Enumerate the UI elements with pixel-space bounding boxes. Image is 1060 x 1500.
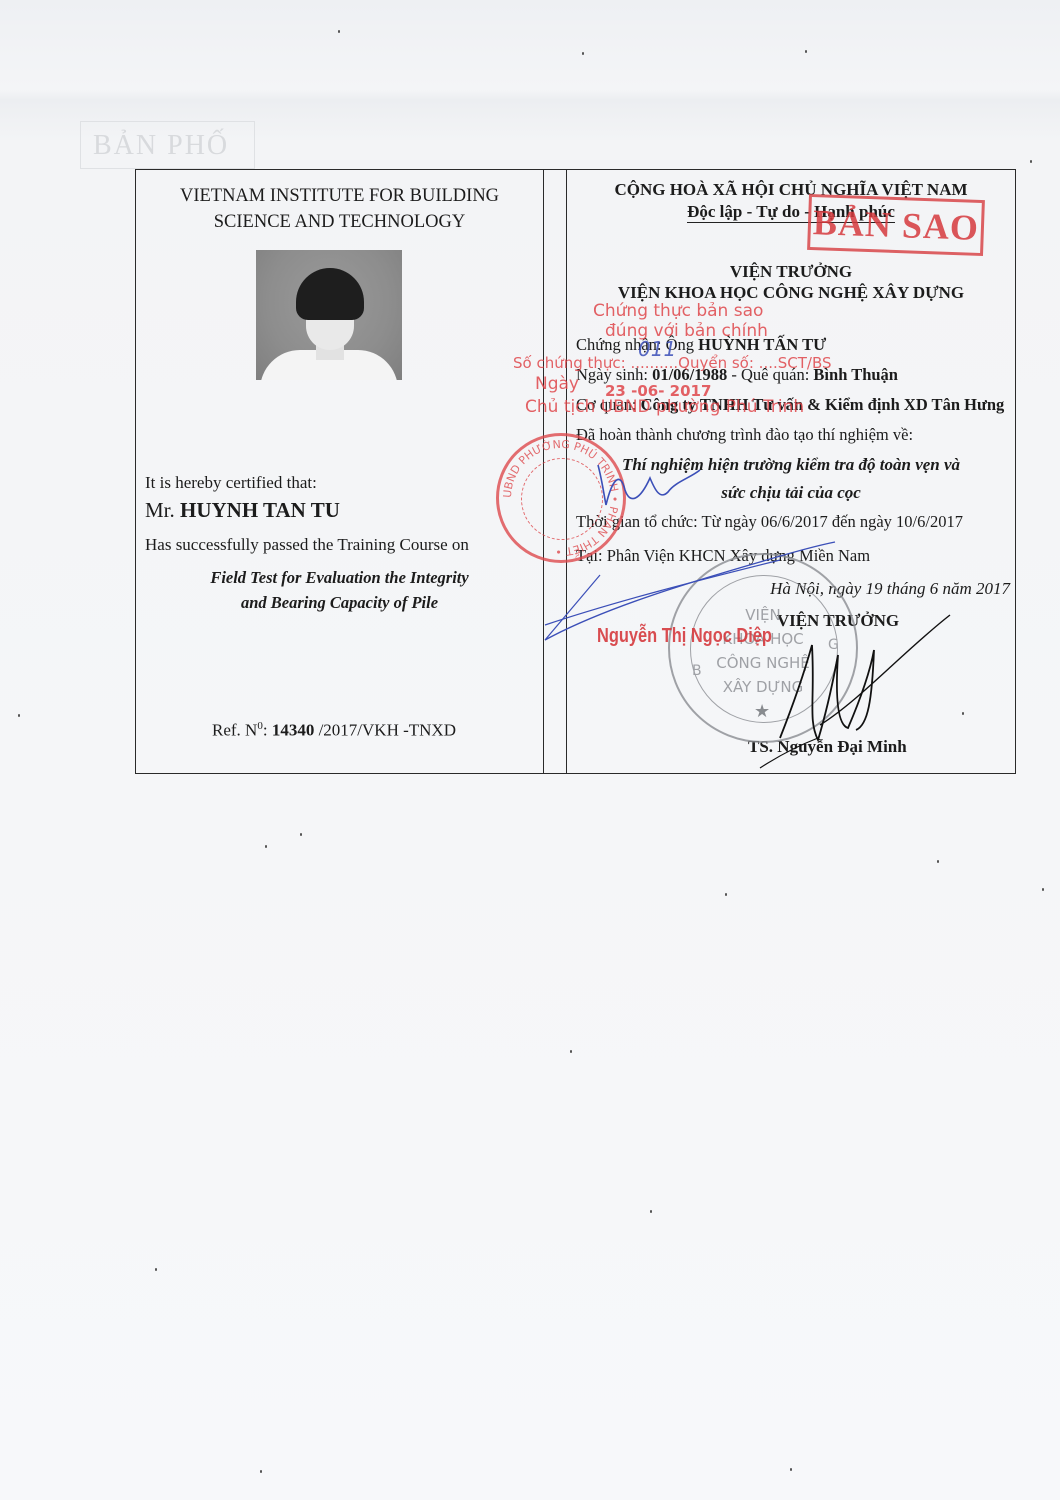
certifier-name-stamp: Nguyễn Thị Ngọc Diệp (597, 625, 772, 648)
certified-intro: It is hereby certified that: (145, 473, 317, 493)
handwritten-number: 011 (638, 338, 676, 361)
course-title-vn: Thí nghiệm hiện trường kiểm tra độ toàn … (568, 451, 1014, 507)
ward-seal-red: UBND PHƯỜNG PHÚ TRINH • PHAN THIẾT • (496, 433, 626, 563)
institute-seal: VIỆN KHOA HỌC CÔNG NGHỆ XÂY DỰNG ★ B G (668, 553, 858, 743)
course-title-en: Field Test for Evaluation the Integrity … (137, 565, 542, 615)
director-heading: VIỆN TRƯỞNG (568, 262, 1014, 282)
completed-statement: Đã hoàn thành chương trình đào tạo thí n… (576, 425, 913, 445)
portrait-photo (256, 250, 402, 380)
recipient-name-en: Mr. HUYNH TAN TU (145, 498, 340, 523)
national-title: CỘNG HOÀ XÃ HỘI CHỦ NGHĨA VIỆT NAM (568, 180, 1014, 200)
organization-name-en: VIETNAM INSTITUTE FOR BUILDING SCIENCE A… (137, 183, 542, 235)
copy-stamp: BẢN SAO (807, 194, 985, 256)
reference-number: Ref. N0: 14340 /2017/VKH -TNXD (212, 720, 456, 741)
english-panel: VIETNAM INSTITUTE FOR BUILDING SCIENCE A… (137, 171, 542, 771)
passed-statement: Has successfully passed the Training Cou… (145, 535, 469, 555)
svg-text:UBND PHƯỜNG PHÚ TRINH • PHAN T: UBND PHƯỜNG PHÚ TRINH • PHAN THIẾT • (501, 438, 621, 558)
star-icon: ★ (754, 701, 770, 722)
bleed-through-text: BẢN PHỐ (80, 121, 255, 169)
training-period: Thời gian tổ chức: Từ ngày 06/6/2017 đến… (576, 512, 963, 532)
